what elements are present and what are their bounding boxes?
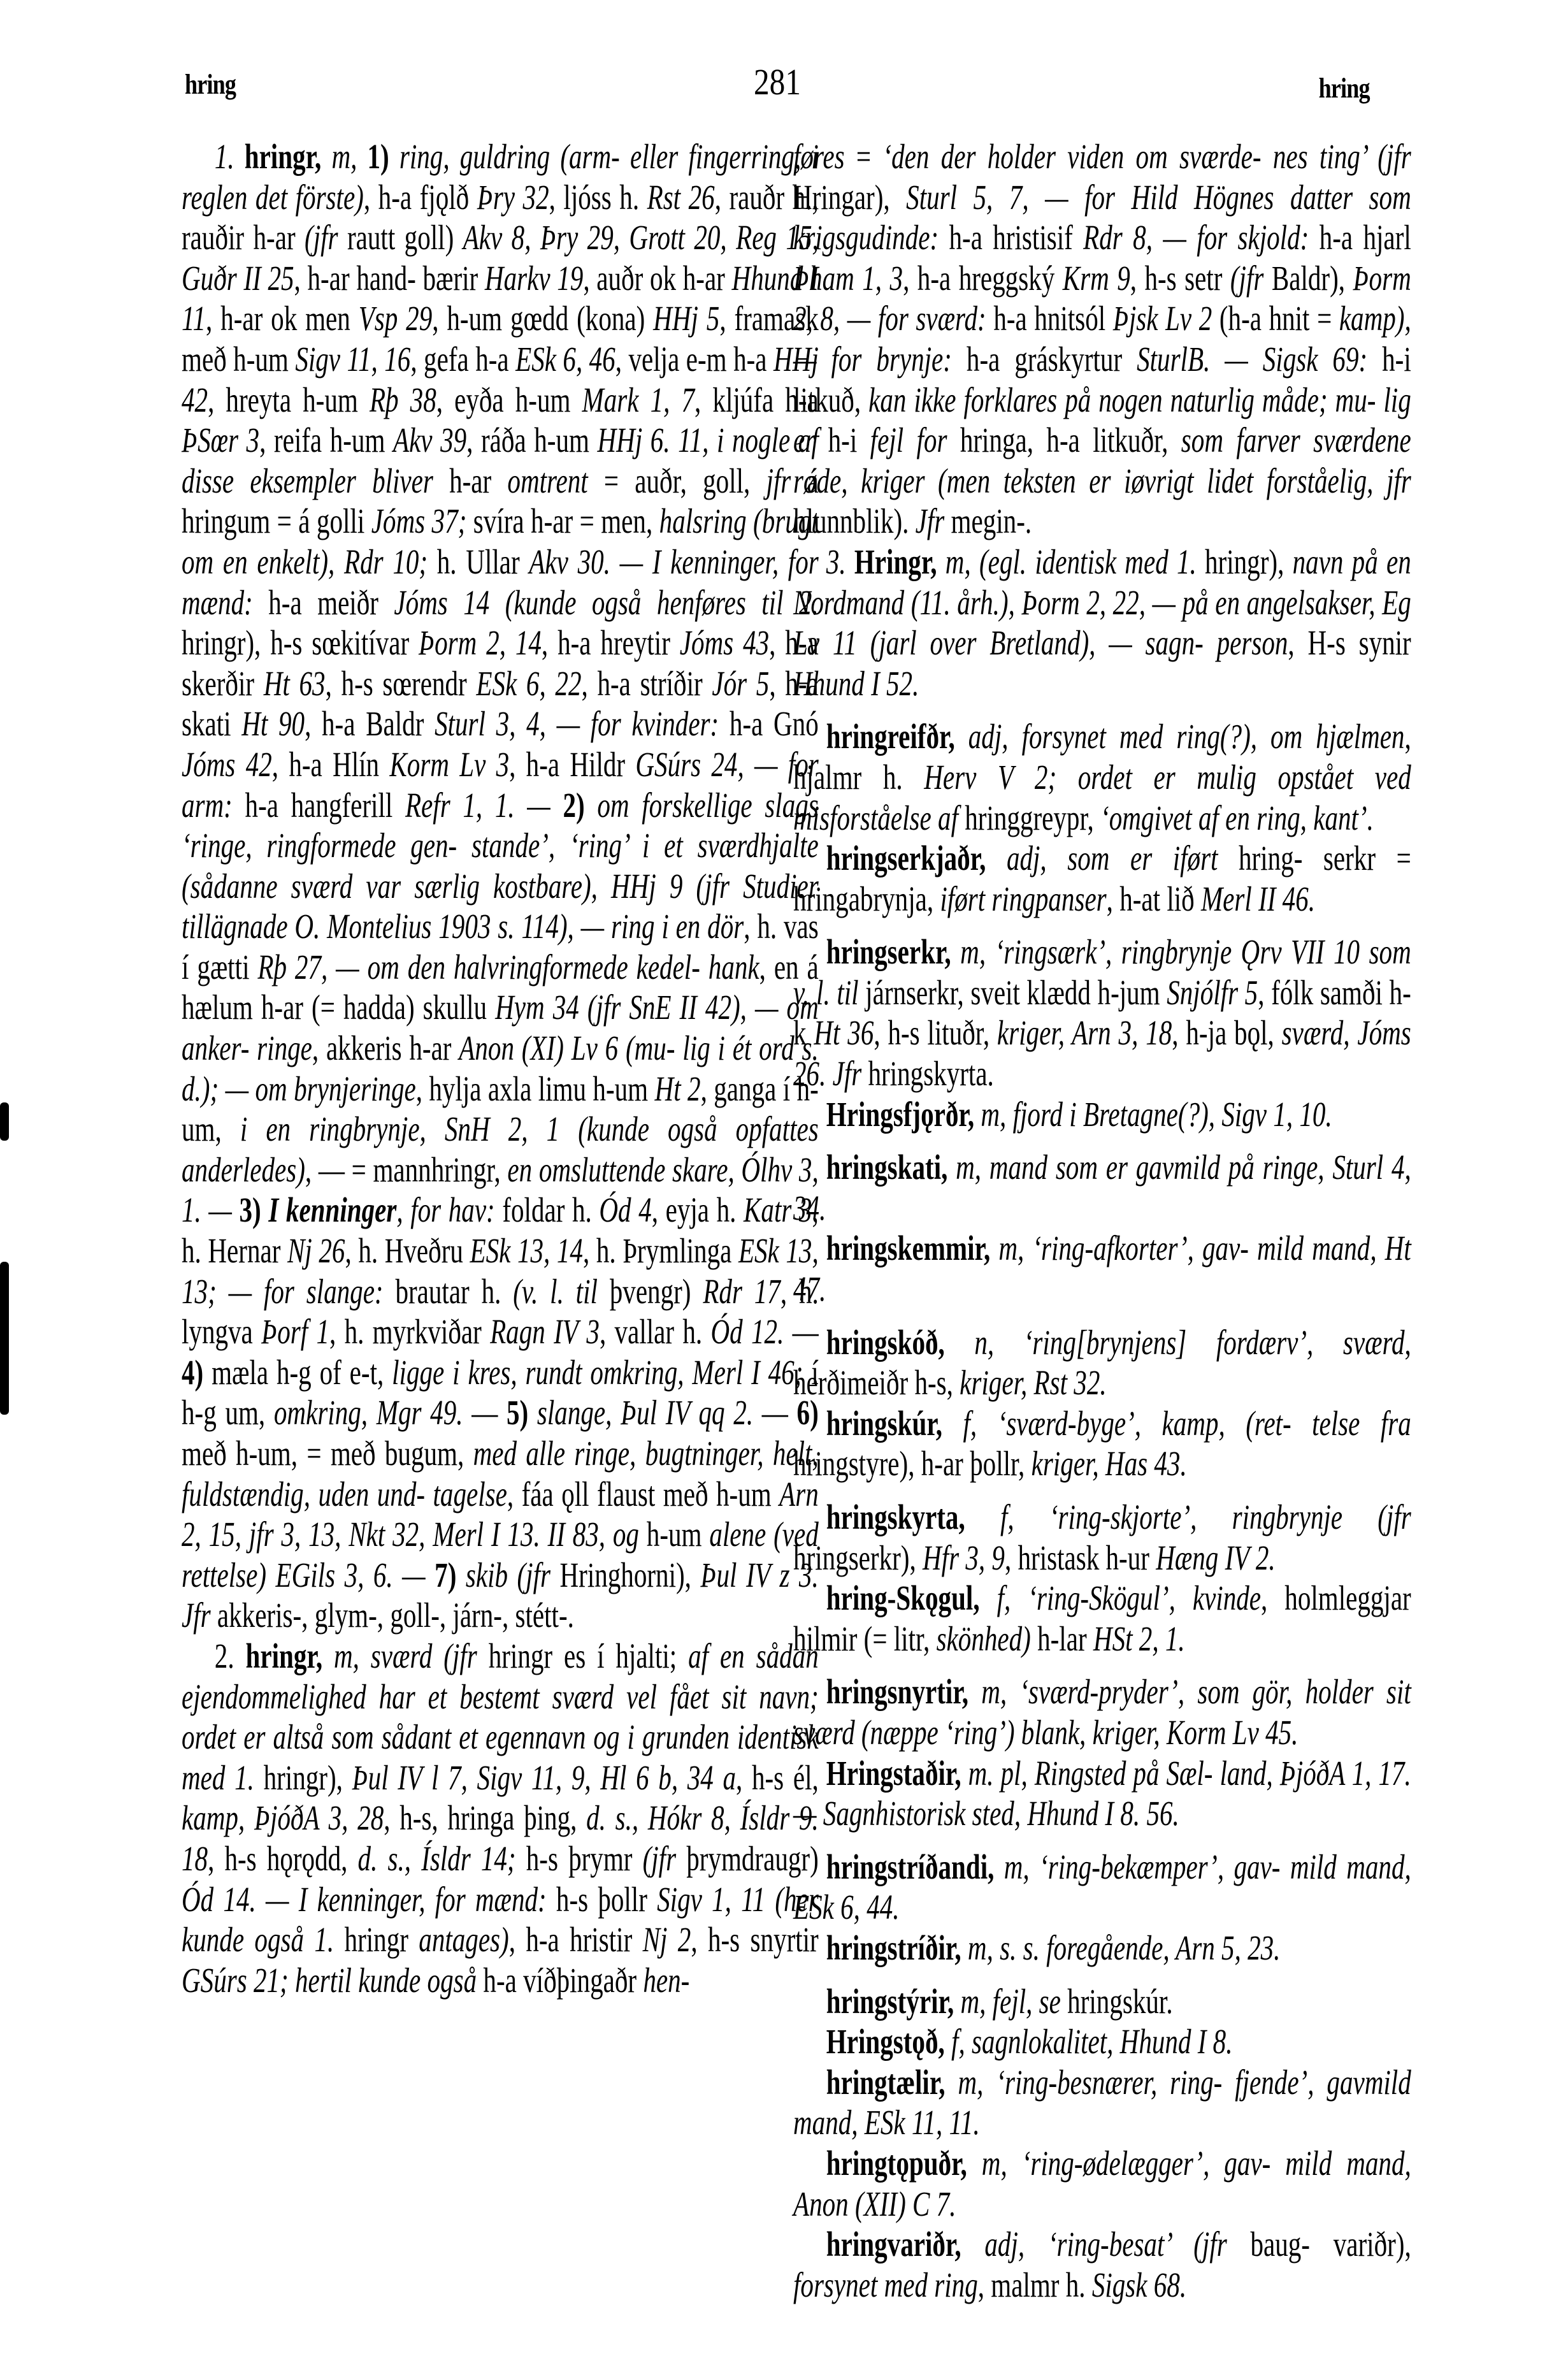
- headword: 4): [182, 1354, 212, 1392]
- entry-text: m, s. s. foregående, Arn 5, 23.: [968, 1929, 1281, 1968]
- dictionary-entry: Hringstǫð, f, sagnlokalitet, Hhund I 8.: [793, 2022, 1411, 2063]
- page-number: 281: [274, 61, 1281, 103]
- dictionary-entry: hringreifðr, adj, forsynet med ring(?), …: [793, 717, 1411, 839]
- right-column: føres = ‘den der holder viden om sværde-…: [793, 137, 1411, 2306]
- entry-text: d. s., Ísldr 14;: [358, 1840, 526, 1879]
- dictionary-entry: hringskóð, n, ‘ring[brynjens] fordærv’, …: [793, 1323, 1411, 1404]
- entry-text: rautt goll): [347, 219, 463, 257]
- entry-text: ESk 13, 14: [470, 1232, 583, 1271]
- headword: hringserkjaðr,: [826, 839, 1007, 878]
- entry-text: h-a hangferill: [245, 786, 405, 825]
- headword: hringstríðir,: [826, 1929, 968, 1968]
- entry-text: h-s þrymr: [526, 1840, 643, 1879]
- entry-text: Rþ 27, — om den halvringformede kedel- h…: [257, 948, 759, 987]
- entry-text: hringskúr.: [1067, 1982, 1172, 2021]
- entry-text: , h-a Hlín: [272, 746, 390, 784]
- entry-text: Hringhorni),: [559, 1556, 700, 1595]
- entry-text: , H-s synir: [1288, 624, 1411, 663]
- entry-text: Mark 1, 7: [582, 381, 695, 420]
- headword: Hringstǫð,: [826, 2023, 951, 2062]
- headword: 7): [435, 1556, 466, 1595]
- dictionary-entry: 2. hringr, m, sværd (jfr hringr es í hja…: [182, 1636, 819, 2001]
- entry-text: Krm 9: [1063, 259, 1130, 298]
- entry-text: hringskyrta.: [868, 1055, 993, 1094]
- dictionary-entry: Hringsfjǫrðr, m, fjord i Bretagne(?), Si…: [793, 1095, 1411, 1136]
- entry-text: með h-um, = með bugum,: [182, 1434, 473, 1473]
- headword: 2): [563, 786, 597, 825]
- entry-text: , eyða h-um: [436, 381, 582, 420]
- dictionary-entry: hringtælir, m, ‘ring-besnærer, ring- fje…: [793, 2063, 1411, 2144]
- entry-text: , h-s hǫrǫdd,: [208, 1840, 357, 1879]
- entry-text: , h-a hristir: [509, 1921, 643, 1960]
- entry-text: m, sværd (jfr: [334, 1637, 489, 1676]
- entry-text: mæla h-g of e-t,: [212, 1354, 392, 1392]
- entry-text: ligge i kres, rundt omkring, Merl I 46;: [392, 1354, 811, 1392]
- headword: Hringsfjǫrðr,: [826, 1095, 981, 1134]
- entry-text: n, ‘ring[brynjens] fordærv’, sværd: [974, 1324, 1404, 1362]
- entry-text: , h-a Hildr: [509, 746, 635, 784]
- entry-text: slange, Þul IV qq 2.: [537, 1394, 762, 1433]
- left-column-entries: 1. hringr, m, 1) ring, guldring (arm- el…: [182, 137, 819, 2001]
- entry-text: Hringar),: [793, 178, 906, 217]
- entry-text: , h. myrkviðar: [329, 1313, 490, 1352]
- entry-text: , h-ja bǫl,: [1172, 1014, 1281, 1053]
- entry-text: Hæng IV 2.: [1156, 1539, 1275, 1578]
- entry-text: GSúrs 21; hertil kunde også: [182, 1961, 483, 2000]
- entry-text: Harkv 19: [485, 259, 583, 298]
- entry-text: Ód 4: [599, 1191, 651, 1230]
- headword: hringstríðandi,: [826, 1848, 1004, 1887]
- entry-text: 2.: [215, 1637, 246, 1676]
- dictionary-entry: hringserkjaðr, adj, som er iført hring- …: [793, 839, 1411, 920]
- entry-text: =: [856, 138, 882, 177]
- entry-text: Ht 2: [655, 1070, 701, 1109]
- entry-text: h-a hjarl: [1320, 219, 1411, 257]
- entry-text: , h-a hreggský: [903, 259, 1063, 298]
- entry-text: m, fejl, se: [960, 1982, 1067, 2021]
- headword: hringskati,: [826, 1148, 956, 1187]
- entry-text: (jfr: [643, 1840, 687, 1879]
- dictionary-entry: hring-Skǫgul, f, ‘ring-Skögul’, kvinde, …: [793, 1578, 1411, 1659]
- entry-text: brautar h.: [395, 1273, 513, 1311]
- entry-text: akkeris-, glym-, goll-, járn-, stétt-.: [217, 1596, 574, 1635]
- entry-text: ESk 6, 22: [476, 665, 581, 704]
- dictionary-entry: 1. hringr, m, 1) ring, guldring (arm- el…: [182, 137, 819, 1636]
- entry-text: m, (egl. identisk med 1.: [946, 543, 1205, 582]
- entry-text: f, ‘ring-Skögul’, kvinde: [997, 1579, 1261, 1618]
- entry-text: adj, forsynet med ring(?), om hjælmen: [968, 718, 1405, 756]
- entry-text: , h-ar hand- bærir: [294, 259, 485, 298]
- entry-text: , h-s lituðr,: [874, 1014, 997, 1053]
- headword: hringskyrta,: [826, 1498, 1000, 1537]
- entry-text: , h-at lið: [1107, 880, 1201, 919]
- entry-text: þvengr): [610, 1273, 703, 1311]
- entry-text: , ljóss h.: [549, 178, 647, 217]
- entry-text: , gefa h-a: [410, 340, 515, 379]
- entry-text: (jfr: [1230, 259, 1272, 298]
- headword: hringr,: [246, 1637, 334, 1676]
- entry-text: —: [471, 1394, 507, 1433]
- entry-text: Rdr 17: [703, 1273, 780, 1311]
- entry-text: Ód 14. — I kenninger, for mænd:: [182, 1881, 556, 1919]
- entry-text: kriger, Arn 3, 18: [997, 1014, 1172, 1053]
- entry-text: fejl for: [870, 421, 960, 460]
- entry-text: , hristask h-ur: [1005, 1539, 1156, 1578]
- entry-text: (h-a hnit =: [1219, 300, 1339, 338]
- dictionary-entry: hringsnyrtir, m, ‘sværd-pryder’, som gör…: [793, 1672, 1411, 1753]
- entry-text: , h-a fjǫlð: [364, 178, 477, 217]
- entry-text: kamp, ÞjóðA 3, 28: [182, 1799, 384, 1838]
- entry-text: , akkeris h-ar: [312, 1029, 459, 1068]
- scan-smudge: [0, 1262, 9, 1415]
- entry-text: , velja e-m h-a: [615, 340, 773, 379]
- entry-text: Refr 1, 1. —: [405, 786, 563, 825]
- entry-text: Þorm 2, 14: [419, 624, 542, 663]
- entry-text: , auðr ok h-ar: [583, 259, 731, 298]
- entry-text: kriger, Rst 32.: [960, 1364, 1106, 1403]
- dictionary-entry: hringskyrta, f, ‘ring-skjorte’, ringbryn…: [793, 1498, 1411, 1578]
- entry-text: Jóms 37;: [371, 502, 473, 541]
- entry-text: Þorf 1: [261, 1313, 329, 1352]
- entry-text: h-a gráskyrtur: [967, 340, 1137, 379]
- entry-text: ‘omgivet af en ring, kant’.: [1100, 799, 1374, 838]
- entry-text: h-a meiðr: [268, 584, 394, 623]
- entry-text: kriger, Has 43.: [1032, 1445, 1187, 1484]
- entry-text: , hreyta h-um: [208, 381, 370, 420]
- headword: Hringstaðir,: [826, 1754, 968, 1793]
- entry-text: járnserkr, sveit klædd h-jum: [865, 974, 1167, 1013]
- dictionary-entry: hringskemmir, m, ‘ring-afkorter’, gav- m…: [793, 1229, 1411, 1310]
- entry-text: , — = mannhringr,: [305, 1151, 508, 1190]
- entry-text: , hylja axla limu h-um: [416, 1070, 655, 1109]
- entry-text: , malmr h.: [978, 2266, 1092, 2305]
- headword: hringskóð,: [826, 1324, 975, 1362]
- entry-text: hringr es í hjalti;: [489, 1637, 688, 1676]
- dictionary-entry: hringserkr, m, ‘ringsærk’, ringbrynje Ǫr…: [793, 932, 1411, 1094]
- dictionary-entry: hringvariðr, adj, ‘ring-besat’ (jfr baug…: [793, 2225, 1411, 2306]
- dictionary-entry: føres = ‘den der holder viden om sværde-…: [793, 137, 1411, 542]
- entry-text: , h-s, hringa þing,: [384, 1799, 586, 1838]
- headword: hringskúr,: [826, 1404, 963, 1443]
- entry-text: m, fjord i Bretagne(?), Sigv 1, 10.: [981, 1095, 1332, 1134]
- dictionary-entry: Hringstaðir, m. pl, Ringsted på Sæl- lan…: [793, 1754, 1411, 1835]
- entry-text: føres: [793, 138, 856, 177]
- entry-text: —: [762, 1394, 797, 1433]
- entry-text: Þul IV l 7, Sigv 11, 9, Hl 6 b, 34 a: [352, 1759, 736, 1798]
- entry-text: iført ringpanser: [940, 880, 1106, 919]
- entry-text: hringr),: [1205, 543, 1293, 582]
- right-column-entries: føres = ‘den der holder viden om sværde-…: [793, 137, 1411, 2306]
- entry-text: forsynet med ring: [793, 2266, 978, 2305]
- entry-text: I kenninger: [268, 1191, 396, 1230]
- entry-text: = auðr, goll,: [604, 462, 766, 501]
- entry-text: f, ‘ring-skjorte’, ringbrynje (jfr: [1000, 1498, 1411, 1537]
- entry-text: Jór 5: [712, 665, 769, 704]
- entry-text: Nj 2: [643, 1921, 691, 1960]
- scan-smudge: [0, 1102, 9, 1141]
- entry-text: f, sagnlokalitet, Hhund I 8.: [951, 2023, 1232, 2062]
- entry-text: hringa, h-a litkuðr,: [960, 421, 1181, 460]
- entry-text: , fáa ǫll flaust með h-um: [507, 1475, 779, 1514]
- entry-text: Sigsk 68.: [1092, 2266, 1186, 2305]
- entry-text: Ht 63: [264, 665, 326, 704]
- headword: hringvariðr,: [826, 2225, 985, 2264]
- entry-text: , ráða h-um: [466, 421, 597, 460]
- entry-text: ESk 6, 46: [515, 340, 615, 379]
- entry-text: (jfr: [305, 219, 347, 257]
- entry-text: , for hav:: [396, 1191, 502, 1230]
- entry-text: h-ar: [449, 462, 507, 501]
- entry-text: Hhund I 52.: [793, 665, 919, 704]
- dictionary-entry: hringstríðir, m, s. s. foregående, Arn 5…: [793, 1928, 1411, 1969]
- entry-text: Snjólfr 5: [1167, 974, 1258, 1013]
- entry-text: Þry 32: [477, 178, 549, 217]
- entry-text: hlunnblik).: [793, 502, 916, 541]
- entry-text: , vallar h.: [600, 1313, 711, 1352]
- entry-text: , h. Þrymlinga: [583, 1232, 738, 1271]
- entry-text: omkring, Mgr 49.: [274, 1394, 471, 1433]
- entry-text: hringstyre), h-ar þollr,: [793, 1445, 1032, 1484]
- entry-text: Korm Lv 3: [389, 746, 509, 784]
- headword: hringstýrir,: [826, 1982, 961, 2021]
- entry-text: Jóms 14 (kunde også henføres til 2.: [394, 584, 818, 623]
- entry-text: Akv 39: [393, 421, 466, 460]
- entry-text: hringr),: [264, 1759, 352, 1798]
- entry-text: SturlB. — Sigsk 69:: [1137, 340, 1382, 379]
- entry-text: svíra h-ar = men,: [473, 502, 659, 541]
- entry-text: Jfr: [916, 502, 951, 541]
- entry-text: 3.: [826, 543, 854, 582]
- entry-text: , h-ar ok men: [206, 300, 359, 338]
- entry-text: antages): [419, 1921, 508, 1960]
- entry-text: hringr: [345, 1921, 419, 1960]
- entry-text: , h. Hveðru: [345, 1232, 470, 1271]
- entry-text: omtrent: [507, 462, 603, 501]
- entry-text: baug- variðr),: [1250, 2225, 1411, 2264]
- entry-text: Rdr 8, — for skjold:: [1083, 219, 1319, 257]
- entry-text: Ód 12.: [710, 1313, 792, 1352]
- headword: hringr,: [245, 138, 332, 177]
- headword: hringtælir,: [826, 2063, 958, 2102]
- entry-text: Nj 26: [287, 1232, 345, 1271]
- headword: hringsnyrtir,: [826, 1673, 981, 1712]
- entry-text: hringr), h-s sœkitívar: [182, 624, 419, 663]
- entry-text: f, ‘sværd-byge’, kamp, (ret- telse fra: [963, 1404, 1411, 1443]
- entry-text: , eyja h.: [652, 1191, 744, 1230]
- entry-text: HSt 2, 1.: [1093, 1620, 1185, 1659]
- headword: hringserkr,: [826, 933, 960, 972]
- entry-text: Rst 26: [647, 178, 715, 217]
- entry-text: Baldr),: [1272, 259, 1353, 298]
- entry-text: h-a víðþingaðr: [483, 1961, 643, 2000]
- entry-text: Jóms 43: [680, 624, 769, 663]
- running-header: hring 281 hring: [185, 61, 1370, 99]
- entry-text: , h-a stríðir: [581, 665, 712, 704]
- entry-text: Merl II 46.: [1201, 880, 1315, 919]
- entry-text: hringgreypr,: [965, 799, 1100, 838]
- entry-text: h-a hristisif: [949, 219, 1084, 257]
- entry-text: HHj 5: [653, 300, 719, 338]
- headword: 1): [368, 138, 399, 177]
- entry-text: ÞSœr 3: [182, 421, 259, 460]
- entry-text: Ht 36: [814, 1014, 874, 1053]
- dictionary-entry: hringskúr, f, ‘sværd-byge’, kamp, (ret- …: [793, 1404, 1411, 1485]
- entry-text: hen-: [643, 1961, 689, 2000]
- entry-text: Sigv 11, 16: [295, 340, 410, 379]
- entry-text: megin-.: [951, 502, 1032, 541]
- entry-text: Ragn IV 3: [490, 1313, 600, 1352]
- headword: hringtǫpuðr,: [826, 2144, 982, 2183]
- entry-text: Hfr 3, 9: [923, 1539, 1005, 1578]
- entry-text: (v. l. til: [513, 1273, 610, 1311]
- entry-text: foldar h.: [502, 1191, 599, 1230]
- entry-text: h-i: [828, 421, 870, 460]
- entry-text: , reifa h-um: [259, 421, 393, 460]
- headword: hring-Skǫgul,: [826, 1579, 997, 1618]
- entry-text: skib (jfr: [466, 1556, 560, 1595]
- entry-text: Ht 90: [241, 705, 305, 744]
- dictionary-entry: 3. Hringr, m, (egl. identisk med 1. hrin…: [793, 542, 1411, 704]
- headword: Hringr,: [854, 543, 946, 582]
- entry-text: h. Ullar: [437, 543, 529, 582]
- headword: 5): [507, 1394, 537, 1433]
- entry-text: , h-s sœrendr: [326, 665, 477, 704]
- entry-text: h-lar: [1037, 1620, 1093, 1659]
- headword: 3): [240, 1191, 269, 1230]
- left-column: 1. hringr, m, 1) ring, guldring (arm- el…: [182, 137, 819, 2001]
- entry-text: adj, ‘ring-besat’ (jfr: [984, 2225, 1250, 2264]
- headword: hringskemmir,: [826, 1229, 999, 1268]
- entry-text: adj, som er iført: [1007, 839, 1239, 878]
- entry-text: Rþ 38: [370, 381, 436, 420]
- headword: hringreifðr,: [826, 718, 968, 756]
- dictionary-entry: hringskati, m, mand som er gavmild på ri…: [793, 1148, 1411, 1229]
- entry-text: m,: [331, 138, 367, 177]
- entry-text: Jóms 42: [182, 746, 272, 784]
- entry-text: , h-a Baldr: [305, 705, 435, 744]
- entry-text: ‘den der holder viden om sværde- nes tin…: [882, 138, 1411, 177]
- dictionary-entry: hringtǫpuðr, m, ‘ring-ødelægger’, gav- m…: [793, 2144, 1411, 2225]
- entry-text: Þham 1, 3: [793, 259, 903, 298]
- right-guide-word: hring: [1319, 72, 1370, 105]
- entry-text: hringserkr),: [793, 1539, 923, 1578]
- dictionary-entry: hringstríðandi, m, ‘ring-bekæmper’, gav-…: [793, 1847, 1411, 1928]
- entry-text: , h-a hreytir: [542, 624, 680, 663]
- entry-text: Vsp 29: [359, 300, 433, 338]
- entry-text: h-um: [647, 1515, 710, 1554]
- entry-text: , h-um gœdd (kona): [432, 300, 653, 338]
- entry-text: Þjsk Lv 2: [1113, 300, 1219, 338]
- entry-text: h-s þollr: [556, 1881, 657, 1919]
- left-guide-word: hring: [185, 68, 236, 101]
- entry-text: , h-s setr: [1130, 259, 1230, 298]
- entry-text: skönhed): [937, 1620, 1038, 1659]
- entry-text: h-a hnitsól: [993, 300, 1112, 338]
- entry-text: 1.: [215, 138, 245, 177]
- dictionary-entry: hringstýrir, m, fejl, se hringskúr.: [793, 1982, 1411, 2023]
- entry-text: Sturl 3, 4, — for kvinder:: [435, 705, 730, 744]
